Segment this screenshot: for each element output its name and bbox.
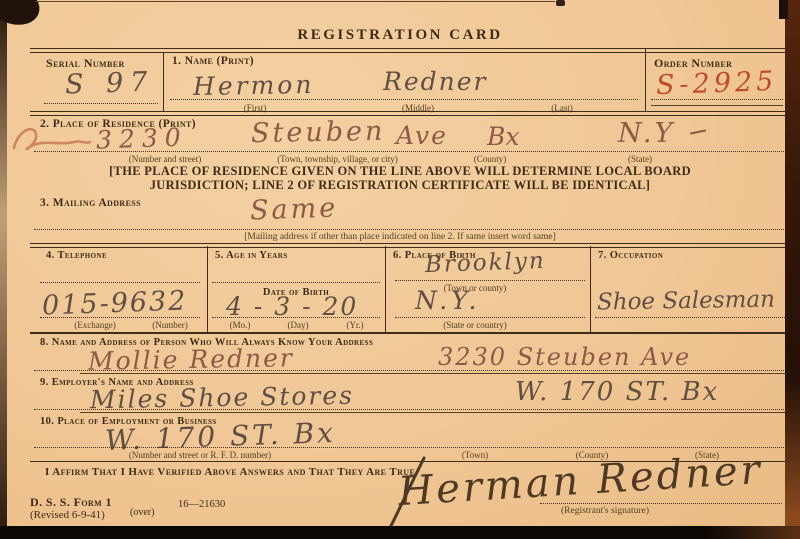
residence-street-type-value: Ave: [396, 121, 448, 150]
telephone-sub-number: (Number): [130, 320, 210, 330]
registration-card: REGISTRATION CARD Serial Number S 97 1. …: [0, 0, 800, 539]
row1-bottom-rule: [30, 111, 786, 116]
employer-address-value: W. 170 ST. Bx: [515, 377, 719, 407]
residence-state-value: N.Y: [618, 118, 675, 149]
contact-dotted-line: [34, 370, 786, 371]
signature-dotted-line: [540, 503, 782, 504]
affirmation-text: I Affirm That I Have Verified Above Answ…: [45, 466, 418, 478]
birth-sub-state: (State or country): [400, 320, 550, 330]
name-order-divider: [645, 48, 646, 111]
red-scribble-mark: [8, 122, 92, 158]
top-double-rule: [30, 48, 786, 53]
scan-top-edge-line: [35, 1, 555, 2]
name-first-value: Hermon: [193, 70, 315, 101]
residence-street-value: Steuben: [251, 116, 386, 149]
serial-dotted-line: [44, 103, 158, 104]
occupation-value: Shoe Salesman: [597, 286, 775, 315]
serial-number-value: S 97: [64, 66, 154, 100]
birth-state-line: [395, 317, 585, 318]
order-number-value: S-2925: [655, 66, 777, 101]
contact-address-value: 3230 Steuben Ave: [438, 343, 691, 371]
serial-name-divider: [163, 52, 164, 111]
residence-sub-state: (State): [600, 154, 680, 164]
birth-state-value: N.Y.: [415, 286, 480, 315]
order-thin-line: [651, 105, 783, 106]
row4-bottom-rule: [30, 332, 786, 334]
residence-number-value: 3230: [96, 122, 189, 154]
employment-dotted-line: [34, 447, 786, 448]
employment-sub-number: (Number and street or R. F. D. number): [80, 450, 320, 460]
scan-top-mark: [556, 0, 565, 6]
dob-write-line: [212, 317, 380, 318]
residence-sub-town: (Town, township, village, or city): [235, 154, 440, 164]
dob-sub-day: (Day): [273, 320, 323, 330]
employer-dotted-line: [34, 409, 786, 410]
dob-sub-mo: (Mo.): [215, 320, 265, 330]
employer-thin-line: [80, 412, 786, 413]
pencil-stroke-mark: [690, 129, 706, 134]
residence-county-value: Bx: [487, 122, 519, 151]
over-note: (over): [130, 507, 154, 518]
telephone-write-line: [40, 317, 200, 318]
dob-sub-yr: (Yr.): [330, 320, 380, 330]
print-code: 16—21630: [178, 499, 225, 510]
residence-dotted-line: [34, 151, 786, 152]
name-last-value: Redner: [383, 67, 487, 96]
age-blank-line: [212, 282, 380, 283]
col3-col4-divider: [590, 246, 591, 332]
col2-col3-divider: [385, 246, 386, 332]
residence-sub-number-street: (Number and street): [100, 154, 230, 164]
residence-sub-county: (County): [450, 154, 530, 164]
scan-edge-left: [0, 0, 7, 539]
name-label: 1. Name (Print): [172, 55, 254, 67]
telephone-blank-line: [40, 282, 200, 283]
age-label: 5. Age in Years: [215, 250, 288, 261]
birth-town-value: Brooklyn: [425, 248, 547, 278]
mailing-label: 3. Mailing Address: [40, 197, 141, 209]
mailing-dotted-line: [34, 229, 786, 230]
telephone-sub-exchange: (Exchange): [55, 320, 135, 330]
occupation-line: [595, 317, 785, 318]
telephone-label: 4. Telephone: [46, 250, 107, 261]
mailing-value: Same: [249, 192, 338, 226]
residence-notice-line2: JURISDICTION; LINE 2 OF REGISTRATION CER…: [30, 178, 770, 193]
signature-sub-label: (Registrant's signature): [530, 506, 680, 516]
order-dotted-line: [651, 99, 783, 100]
form-revised: (Revised 6-9-41): [30, 509, 105, 521]
occupation-label: 7. Occupation: [598, 250, 663, 261]
residence-notice-line1: [THE PLACE OF RESIDENCE GIVEN ON THE LIN…: [30, 164, 770, 179]
birth-town-line: [395, 280, 585, 281]
form-number: D. S. S. Form 1: [30, 495, 112, 510]
card-title: REGISTRATION CARD: [250, 27, 550, 44]
contact-thin-line: [80, 373, 786, 374]
scan-top-right-mark: [779, 0, 788, 19]
name-dotted-line: [170, 99, 638, 100]
scan-edge-bottom: [0, 526, 800, 539]
row3-bottom-rule: [30, 243, 786, 248]
scan-edge-right: [785, 0, 800, 539]
